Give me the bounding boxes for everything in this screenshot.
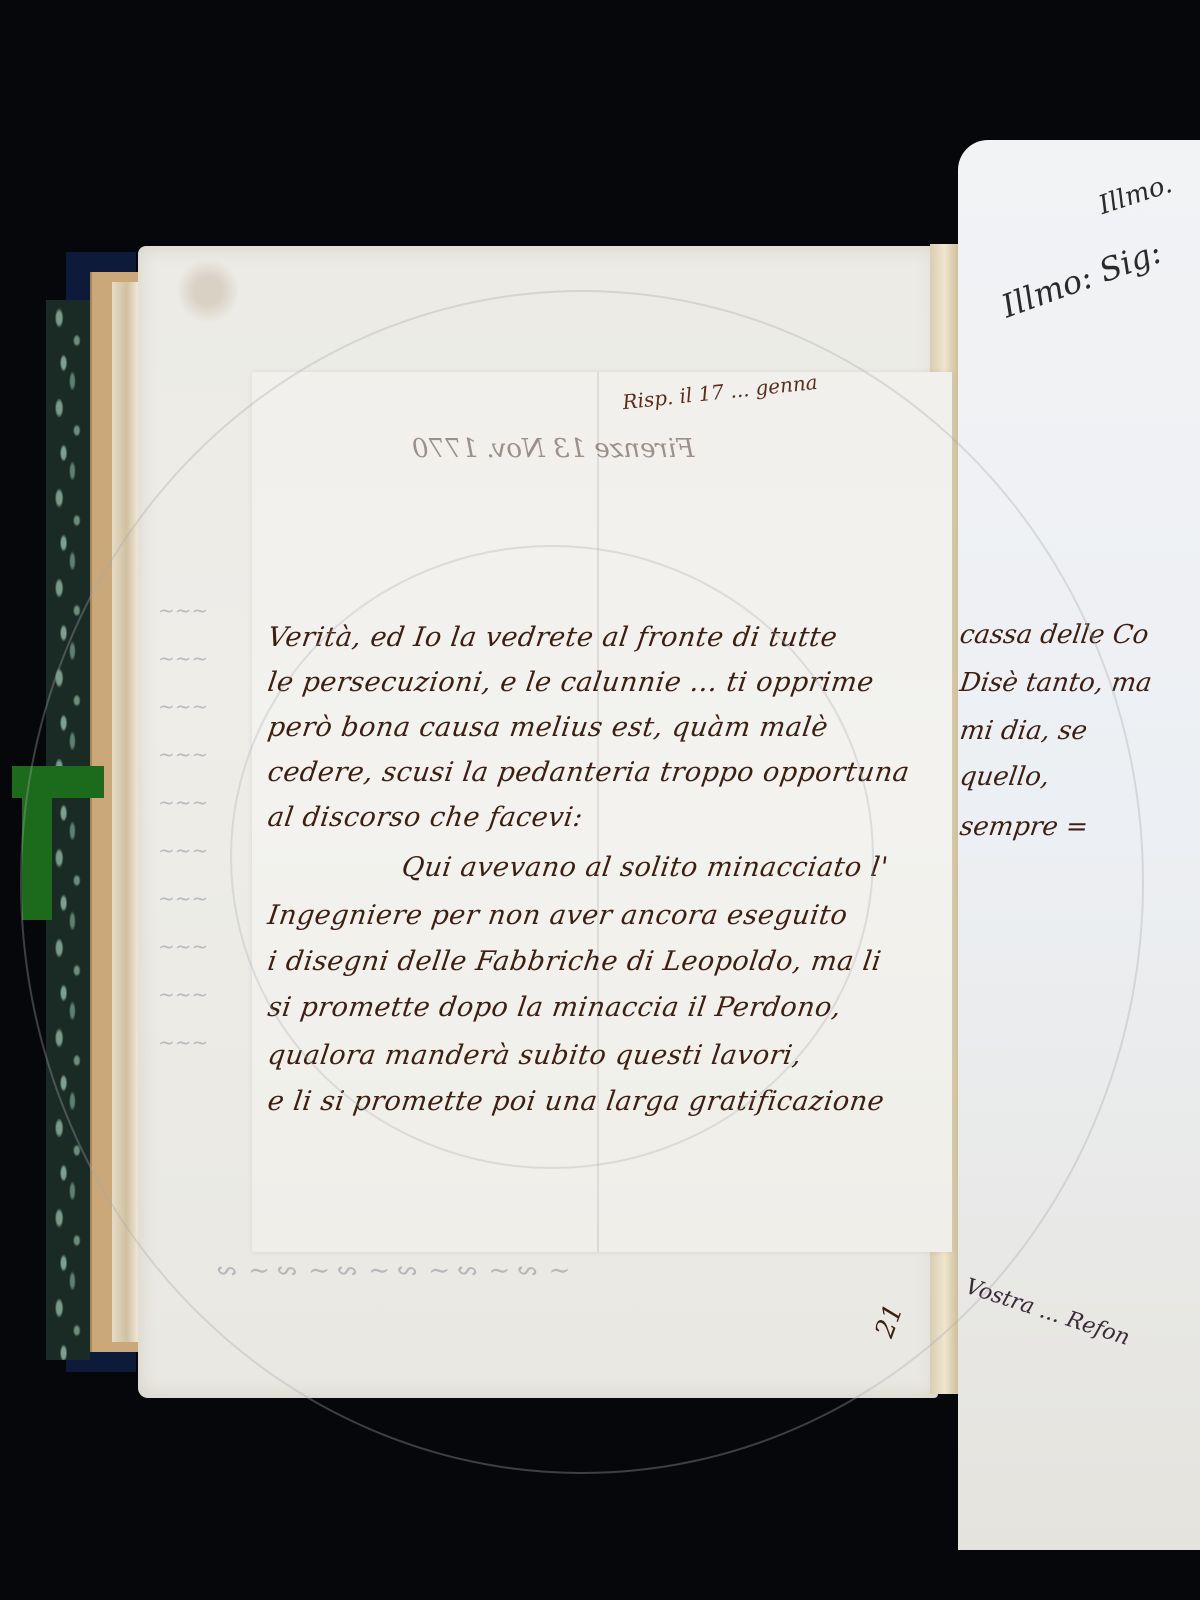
letter-sheet: Risp. il 17 ... genna Firenze 13 Nov. 17…: [252, 372, 952, 1252]
letter-line: si promette dopo la minaccia il Perdono,: [266, 992, 843, 1023]
mirrored-date-header: Firenze 13 Nov. 1770: [412, 434, 694, 464]
bleed-through-bottom: ∽ ∾ ∽ ∾ ∽ ∾ ∽ ∾ ∽ ∾ ∽ ∾: [218, 1256, 570, 1286]
right-fragment: quello,: [958, 762, 1052, 792]
right-page: Illmo. Illmo: Sig: cassa delle Co Disè t…: [958, 140, 1200, 1550]
letter-line: Qui avevano al solito minacciato l': [400, 852, 890, 883]
letter-line: Ingegniere per non aver ancora eseguito: [266, 900, 850, 931]
right-fragment: mi dia, se: [958, 716, 1089, 746]
bleed-through-margin: ~~~~~~~~~~~~~~~~~~~~~~~~~~~~~~: [158, 586, 208, 1066]
green-ribbon-tail: [22, 790, 52, 920]
letter-line: le persecuzioni, e le calunnie ... ti op…: [266, 667, 876, 698]
marbled-cover-edge: [46, 300, 90, 1360]
right-header-2: Illmo: Sig:: [997, 233, 1167, 326]
top-right-note: Risp. il 17 ... genna: [621, 370, 818, 414]
letter-line: qualora manderà subito questi lavori,: [266, 1040, 804, 1071]
letter-line: al discorso che facevi:: [266, 802, 585, 833]
right-header-1: Illmo.: [1095, 169, 1176, 221]
letter-line: cedere, scusi la pedanteria troppo oppor…: [266, 757, 912, 788]
right-bottom-fragment: Vostra ... Refon: [962, 1274, 1132, 1351]
letter-line: e li si promette poi una larga gratifica…: [266, 1086, 887, 1117]
right-fragment: Disè tanto, ma: [958, 668, 1154, 698]
letter-line: i disegni delle Fabbriche di Leopoldo, m…: [266, 946, 884, 977]
paper-stain: [178, 256, 238, 326]
right-fragment: sempre =: [958, 812, 1090, 842]
letter-line: Verità, ed Io la vedrete al fronte di tu…: [266, 622, 840, 653]
right-fragment: cassa delle Co: [958, 620, 1151, 650]
letter-line: però bona causa melius est, quàm malè: [266, 712, 830, 743]
fold-line: [597, 372, 599, 1252]
page-number: 21: [870, 1300, 910, 1341]
